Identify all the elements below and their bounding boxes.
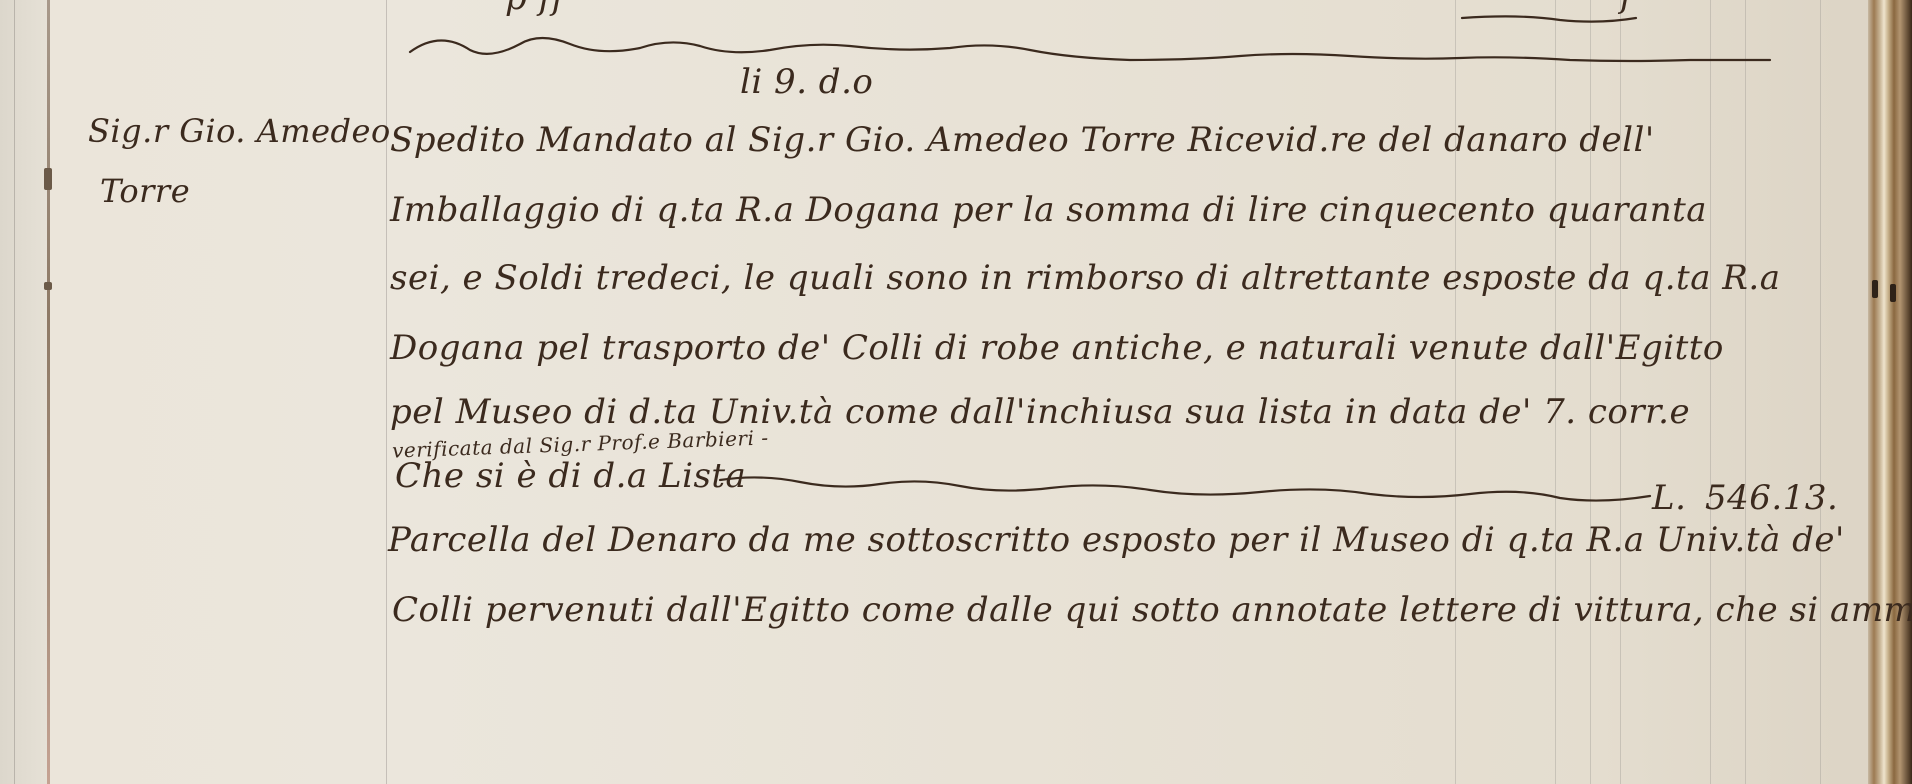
margin-payee-name-line1: Sig.r Gio. Amedeo — [88, 112, 391, 150]
entry1-closing-line — [720, 470, 1660, 510]
binding-stitch — [44, 282, 52, 290]
entry1-amount: 546.13. — [1705, 478, 1838, 518]
ledger-page: p ff f li 9. d.o Sig.r Gio. Amedeo Torre… — [0, 0, 1912, 784]
date-heading: li 9. d.o — [740, 62, 873, 102]
edge-ink-mark — [1890, 284, 1896, 302]
entry1-line4: Dogana pel trasporto de' Colli di robe a… — [390, 328, 1724, 368]
binding-stitch — [44, 168, 52, 190]
binding-edge — [47, 0, 50, 784]
ledger-column-rule — [1710, 0, 1711, 784]
ledger-column-rule — [1745, 0, 1746, 784]
entry1-line6: Che si è di d.a Lista — [395, 456, 746, 496]
entry1-line3: sei, e Soldi tredeci, le quali sono in r… — [390, 258, 1780, 298]
ledger-column-rule — [1820, 0, 1821, 784]
previous-entry-fragment: p ff — [505, 0, 565, 18]
book-fore-edge — [1868, 0, 1912, 784]
fold-pencil-line — [14, 0, 15, 784]
margin-payee-name-line2: Torre — [100, 172, 190, 210]
amount-currency-symbol: L. — [1652, 478, 1686, 518]
edge-ink-mark — [1872, 280, 1878, 298]
entry1-line2: Imballaggio di q.ta R.a Dogana per la so… — [390, 190, 1707, 230]
entry2-line1: Parcella del Denaro da me sottoscritto e… — [388, 520, 1845, 560]
entry-separator-line — [410, 30, 1770, 90]
entry1-line5: pel Museo di d.ta Univ.tà come dall'inch… — [390, 392, 1690, 432]
entry2-line2: Colli pervenuti dall'Egitto come dalle q… — [392, 590, 1912, 630]
previous-total-underline — [1460, 10, 1640, 30]
left-page-fold — [0, 0, 48, 784]
entry1-line1: Spedito Mandato al Sig.r Gio. Amedeo Tor… — [390, 120, 1655, 160]
